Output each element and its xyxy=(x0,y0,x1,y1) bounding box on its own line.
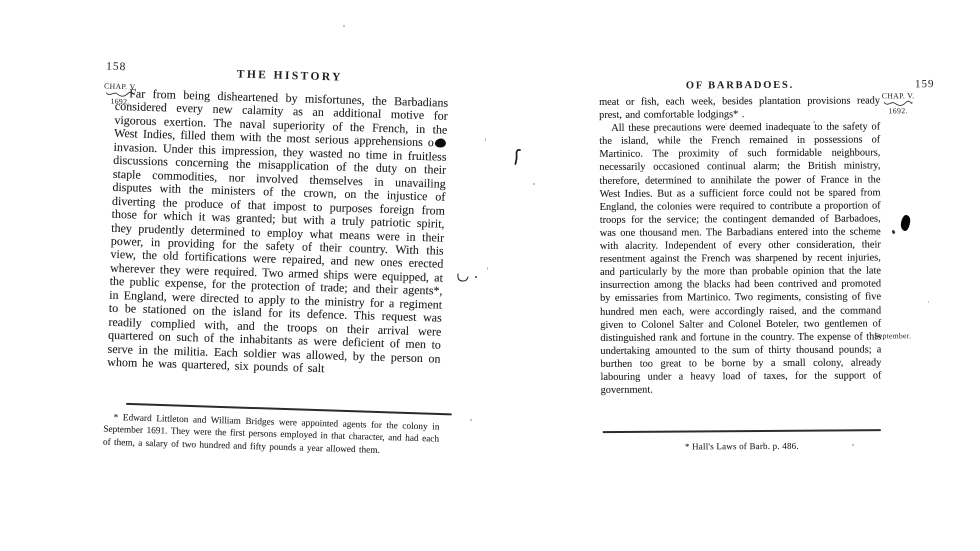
scan-speck xyxy=(928,301,929,303)
left-page: 158 THE HISTORY CHAP. V. 1692. Far from … xyxy=(87,57,478,500)
gutter-ink-stroke xyxy=(512,148,524,168)
right-page-number: 159 xyxy=(915,78,935,90)
gutter-curve-mark xyxy=(456,271,482,285)
scan-speck xyxy=(487,267,488,270)
right-footnote-rule xyxy=(603,429,881,433)
right-running-header: OF BARBADOES. xyxy=(599,79,881,91)
left-running-header: THE HISTORY xyxy=(130,65,450,86)
left-body-text: Far from being disheartened by misfortun… xyxy=(107,87,448,379)
left-body-post-blot: invasion. Under this impression, they wa… xyxy=(107,140,447,376)
scan-speck xyxy=(470,419,472,421)
right-footnote: * Hall's Laws of Barb. p. 486. xyxy=(603,440,881,451)
scan-speck xyxy=(813,121,815,123)
right-margin-chapter: CHAP. V. xyxy=(882,91,915,100)
right-paragraph-continuation: meat or fish, each week, besides plantat… xyxy=(599,94,880,122)
scan-speck xyxy=(533,183,535,185)
scan-speck xyxy=(852,444,854,446)
ink-blot-inline xyxy=(435,139,446,148)
scan-speck xyxy=(485,138,486,141)
scan-speck xyxy=(343,25,345,27)
left-footnote: * Edward Littleton and William Bridges w… xyxy=(103,412,440,459)
right-page: OF BARBADOES. 159 CHAP. V. 1692. meat or… xyxy=(591,73,947,487)
right-paragraph-main: All these precautions were deemed inadeq… xyxy=(599,121,881,397)
right-margin-note: CHAP. V. 1692. xyxy=(875,92,921,115)
right-margin-year: 1692. xyxy=(875,107,921,115)
right-body-text: meat or fish, each week, besides plantat… xyxy=(599,94,882,397)
right-margin-month: September. xyxy=(874,331,911,340)
left-page-number: 158 xyxy=(106,61,127,74)
